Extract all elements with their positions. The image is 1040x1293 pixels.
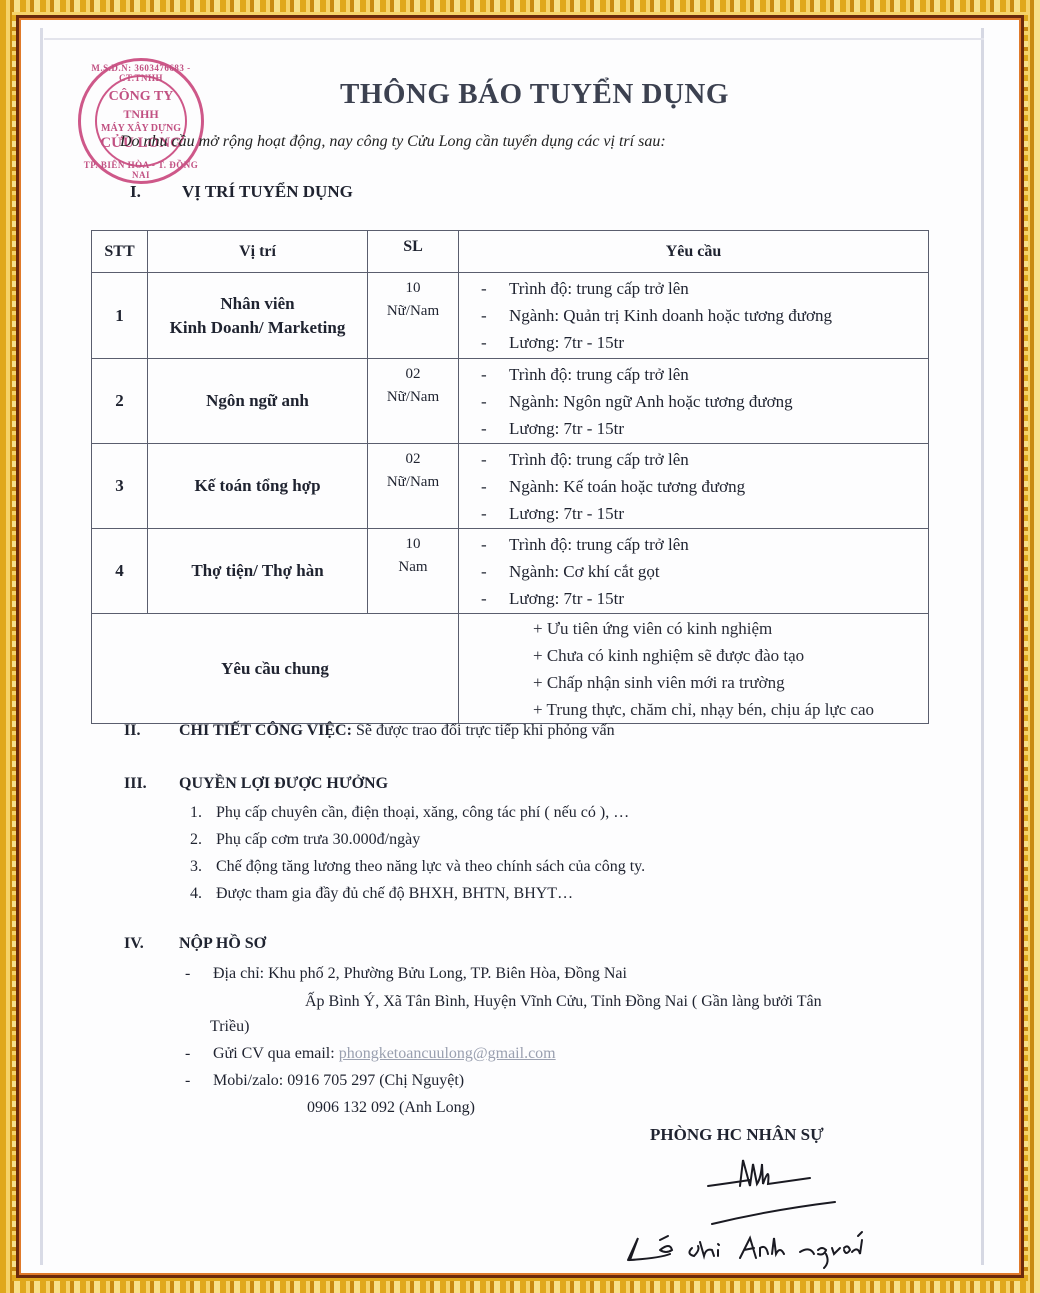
general-requirement-item: + Ưu tiên ứng viên có kinh nghiệm	[459, 615, 928, 642]
quantity-cell: 02Nữ/Nam	[368, 359, 459, 444]
stt-cell: 2	[92, 359, 148, 444]
section-title: VỊ TRÍ TUYỂN DỤNG	[182, 182, 353, 201]
general-requirement-item: + Chưa có kinh nghiệm sẽ được đào tạo	[459, 642, 928, 669]
column-header: Vị trí	[148, 231, 368, 273]
stamp-ring-bottom-text: TP. BIÊN HÒA - T. ĐỒNG NAI	[81, 160, 201, 180]
section-title: CHI TIẾT CÔNG VIỆC:	[179, 722, 352, 739]
position-cell: Kế toán tổng hợp	[148, 444, 368, 529]
section-3-heading: III.QUYỀN LỢI ĐƯỢC HƯỞNG	[124, 775, 388, 793]
requirement-item: -Ngành: Quản trị Kinh doanh hoặc tương đ…	[481, 302, 928, 329]
section-title: NỘP HỒ SƠ	[179, 935, 266, 952]
stt-cell: 1	[92, 273, 148, 359]
phone-line-2: 0906 132 092 (Anh Long)	[307, 1099, 475, 1117]
table-row: 1Nhân viênKinh Doanh/ Marketing10Nữ/Nam-…	[92, 273, 929, 359]
phone-line: -Mobi/zalo: 0916 705 297 (Chị Nguyệt)	[185, 1072, 464, 1090]
requirement-item: -Trình độ: trung cấp trở lên	[481, 446, 928, 473]
section-title: QUYỀN LỢI ĐƯỢC HƯỞNG	[179, 775, 388, 792]
benefit-item: 3.Chế động tăng lương theo năng lực và t…	[190, 858, 645, 876]
requirement-item: -Ngành: Ngôn ngữ Anh hoặc tương đương	[481, 388, 928, 415]
requirements-cell: -Trình độ: trung cấp trở lên-Ngành: Kế t…	[459, 444, 929, 529]
benefit-item: 1.Phụ cấp chuyên cần, điện thoại, xăng, …	[190, 804, 629, 822]
paper-edge	[40, 28, 43, 1265]
general-requirements-label: Yêu cầu chung	[92, 614, 459, 724]
company-stamp: M.S.D.N: 3603476683 - CT.TNHH CÔNG TY TN…	[78, 58, 204, 184]
table-header-row: STT Vị trí SL Yêu cầu	[92, 231, 929, 273]
quantity-cell: 10Nam	[368, 529, 459, 614]
column-header: STT	[92, 231, 148, 273]
column-header: SL	[368, 231, 459, 273]
general-requirement-item: + Chấp nhận sinh viên mới ra trường	[459, 669, 928, 696]
section-4-heading: IV.NỘP HỒ SƠ	[124, 935, 266, 953]
general-requirement-item: + Trung thực, chăm chỉ, nhạy bén, chịu á…	[459, 696, 928, 723]
handwritten-signature	[600, 1150, 920, 1280]
requirement-item: -Lương: 7tr - 15tr	[481, 415, 928, 442]
table-row: 3Kế toán tổng hợp02Nữ/Nam-Trình độ: trun…	[92, 444, 929, 529]
quantity-cell: 10Nữ/Nam	[368, 273, 459, 359]
section-2: II.CHI TIẾT CÔNG VIỆC: Sẽ được trao đổi …	[124, 722, 615, 740]
position-cell: Nhân viênKinh Doanh/ Marketing	[148, 273, 368, 359]
benefit-item: 4.Được tham gia đầy đủ chế độ BHXH, BHTN…	[190, 885, 573, 903]
position-cell: Ngôn ngữ anh	[148, 359, 368, 444]
requirements-cell: -Trình độ: trung cấp trở lên-Ngành: Cơ k…	[459, 529, 929, 614]
paper-edge	[981, 28, 984, 1265]
signature-department: PHÒNG HC NHÂN SỰ	[650, 1125, 824, 1145]
position-cell: Thợ tiện/ Thợ hàn	[148, 529, 368, 614]
section-text: Sẽ được trao đổi trực tiếp khi phỏng vấn	[352, 722, 615, 739]
address-line-3: Triều)	[210, 1018, 249, 1036]
document-title: THÔNG BÁO TUYỂN DỤNG	[340, 78, 729, 111]
paper-edge	[44, 38, 984, 40]
column-header: Yêu cầu	[459, 231, 929, 273]
requirement-item: -Lương: 7tr - 15tr	[481, 500, 928, 527]
stt-cell: 4	[92, 529, 148, 614]
intro-text: Do nhu cầu mở rộng hoạt động, nay công t…	[120, 133, 666, 151]
section-number: II.	[124, 722, 179, 740]
section-number: I.	[130, 182, 182, 202]
address-line-2: Ấp Bình Ý, Xã Tân Bình, Huyện Vĩnh Cửu, …	[305, 993, 822, 1011]
requirement-item: -Ngành: Kế toán hoặc tương đương	[481, 473, 928, 500]
requirement-item: -Ngành: Cơ khí cắt gọt	[481, 558, 928, 585]
requirement-item: -Lương: 7tr - 15tr	[481, 329, 928, 356]
requirement-item: -Trình độ: trung cấp trở lên	[481, 531, 928, 558]
section-number: III.	[124, 775, 179, 793]
requirement-item: -Trình độ: trung cấp trở lên	[481, 275, 928, 302]
requirement-item: -Trình độ: trung cấp trở lên	[481, 361, 928, 388]
email-line: -Gửi CV qua email: phongketoancuulong@gm…	[185, 1045, 556, 1063]
table-row: 4Thợ tiện/ Thợ hàn10Nam-Trình độ: trung …	[92, 529, 929, 614]
section-number: IV.	[124, 935, 179, 953]
general-requirements-row: Yêu cầu chung+ Ưu tiên ứng viên có kinh …	[92, 614, 929, 724]
email-link[interactable]: phongketoancuulong@gmail.com	[339, 1045, 556, 1062]
general-requirements-cell: + Ưu tiên ứng viên có kinh nghiệm+ Chưa …	[459, 614, 929, 724]
stamp-line: TNHH	[81, 107, 201, 122]
requirements-cell: -Trình độ: trung cấp trở lên-Ngành: Ngôn…	[459, 359, 929, 444]
section-1-heading: I.VỊ TRÍ TUYỂN DỤNG	[130, 182, 353, 202]
address-line: -Địa chỉ: Khu phố 2, Phường Bửu Long, TP…	[185, 965, 627, 983]
stamp-line: CÔNG TY	[81, 89, 201, 105]
positions-table: STT Vị trí SL Yêu cầu 1Nhân viênKinh Doa…	[91, 230, 929, 724]
benefit-item: 2.Phụ cấp cơm trưa 30.000đ/ngày	[190, 831, 420, 849]
stamp-ring-top-text: M.S.D.N: 3603476683 - CT.TNHH	[81, 63, 201, 83]
requirements-cell: -Trình độ: trung cấp trở lên-Ngành: Quản…	[459, 273, 929, 359]
requirement-item: -Lương: 7tr - 15tr	[481, 585, 928, 612]
quantity-cell: 02Nữ/Nam	[368, 444, 459, 529]
table-row: 2Ngôn ngữ anh02Nữ/Nam-Trình độ: trung cấ…	[92, 359, 929, 444]
stt-cell: 3	[92, 444, 148, 529]
